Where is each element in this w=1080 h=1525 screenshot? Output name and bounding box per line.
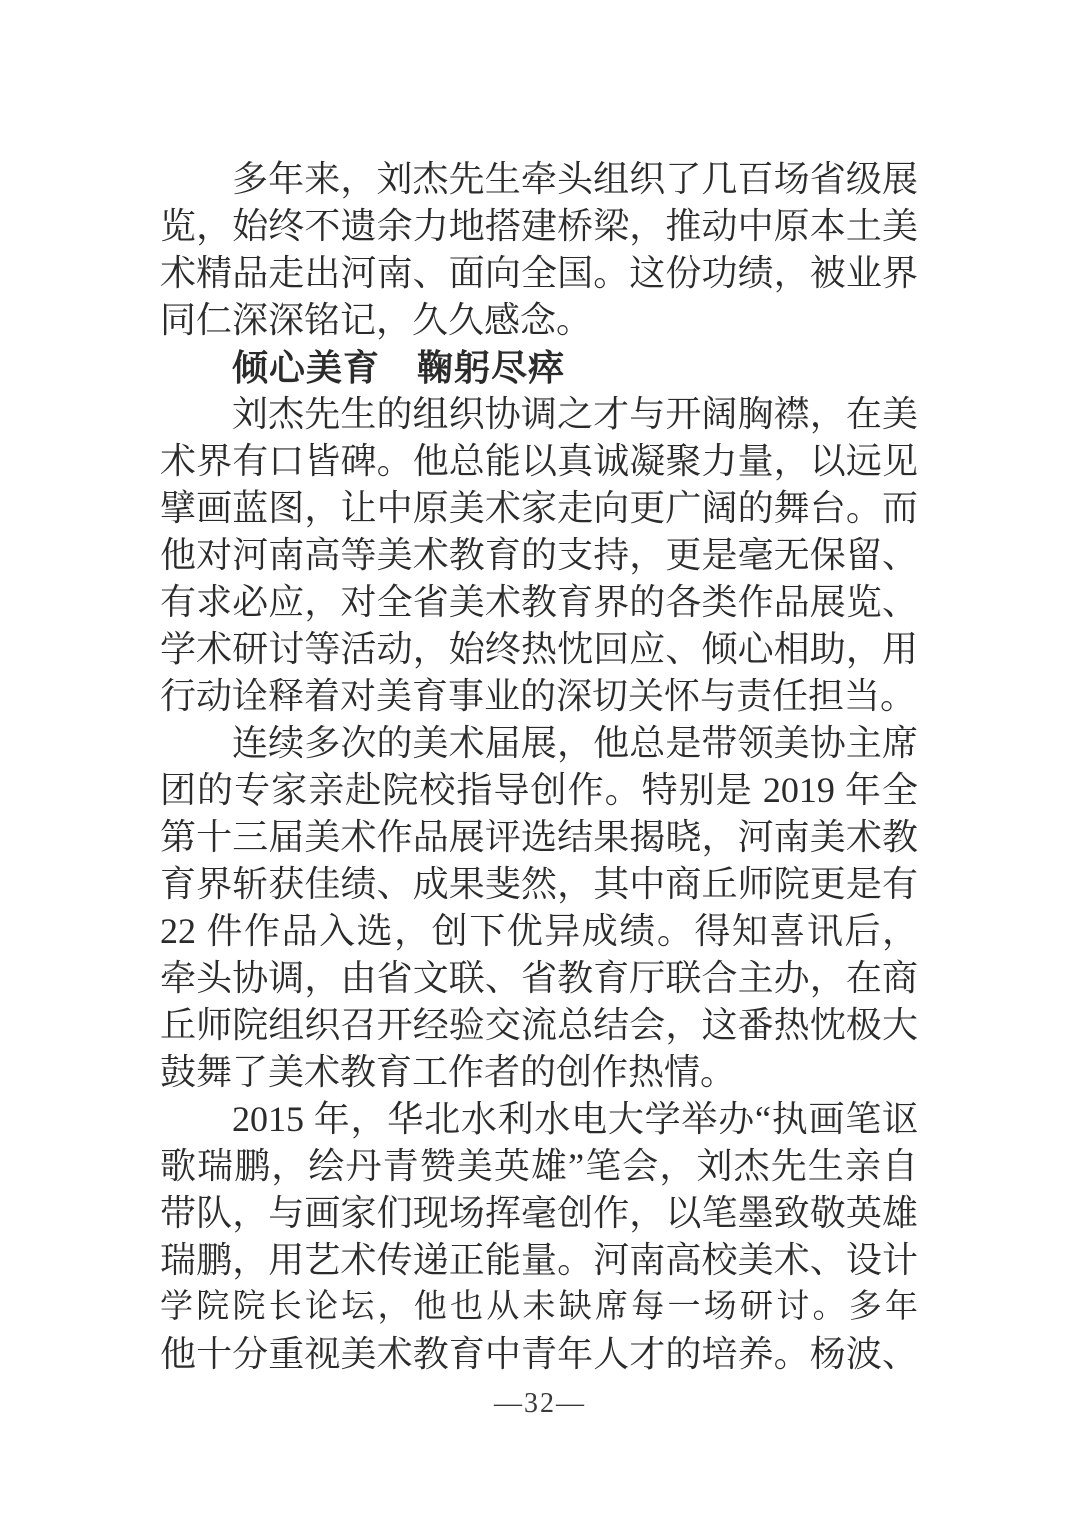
text-line: 带队，与画家们现场挥毫创作，以笔墨致敬英雄 [160, 1190, 918, 1237]
text-line: 术界有口皆碑。他总能以真诚凝聚力量，以远见 [160, 438, 918, 485]
text-line: 多年来，刘杰先生牵头组织了几百场省级展 [160, 156, 918, 203]
text-line: 连续多次的美术届展，他总是带领美协主席 [160, 720, 918, 767]
text-line: 瑞鹏，用艺术传递正能量。河南高校美术、设计 [160, 1237, 918, 1284]
text-line: 行动诠释着对美育事业的深切关怀与责任担当。 [160, 673, 918, 720]
text-line: 刘杰先生的组织协调之才与开阔胸襟，在美 [160, 391, 918, 438]
text-line: 团的专家亲赴院校指导创作。特别是 2019 年全国 [160, 767, 918, 814]
text-line: 22 件作品入选，创下优异成绩。得知喜讯后，他 [160, 908, 918, 955]
text-line: 歌瑞鹏，绘丹青赞美英雄”笔会，刘杰先生亲自 [160, 1143, 918, 1190]
text-line: 他对河南高等美术教育的支持，更是毫无保留、 [160, 532, 918, 579]
text-line: 他十分重视美术教育中青年人才的培养。杨波、 [160, 1331, 918, 1378]
text-line: 擘画蓝图，让中原美术家走向更广阔的舞台。而 [160, 485, 918, 532]
document-page: 多年来，刘杰先生牵头组织了几百场省级展览，始终不遗余力地搭建桥梁，推动中原本土美… [0, 0, 1080, 1525]
text-line: 术精品走出河南、面向全国。这份功绩，被业界 [160, 250, 918, 297]
page-number: —32— [0, 1388, 1080, 1420]
text-line: 鼓舞了美术教育工作者的创作热情。 [160, 1049, 918, 1096]
text-line: 牵头协调，由省文联、省教育厅联合主办，在商 [160, 955, 918, 1002]
text-line: 2015 年，华北水利水电大学举办“执画笔讴 [160, 1096, 918, 1143]
text-line: 第十三届美术作品展评选结果揭晓，河南美术教 [160, 814, 918, 861]
text-line: 丘师院组织召开经验交流总结会，这番热忱极大 [160, 1002, 918, 1049]
text-line: 育界斩获佳绩、成果斐然，其中商丘师院更是有 [160, 861, 918, 908]
text-line: 学术研讨等活动，始终热忱回应、倾心相助，用 [160, 626, 918, 673]
section-heading: 倾心美育 鞠躬尽瘁 [160, 344, 918, 391]
text-line: 有求必应，对全省美术教育界的各类作品展览、 [160, 579, 918, 626]
text-line: 同仁深深铭记，久久感念。 [160, 297, 918, 344]
text-block: 多年来，刘杰先生牵头组织了几百场省级展览，始终不遗余力地搭建桥梁，推动中原本土美… [160, 156, 918, 1378]
text-line: 览，始终不遗余力地搭建桥梁，推动中原本土美 [160, 203, 918, 250]
text-line: 学院院长论坛，他也从未缺席每一场研讨。多年来， [160, 1284, 918, 1331]
